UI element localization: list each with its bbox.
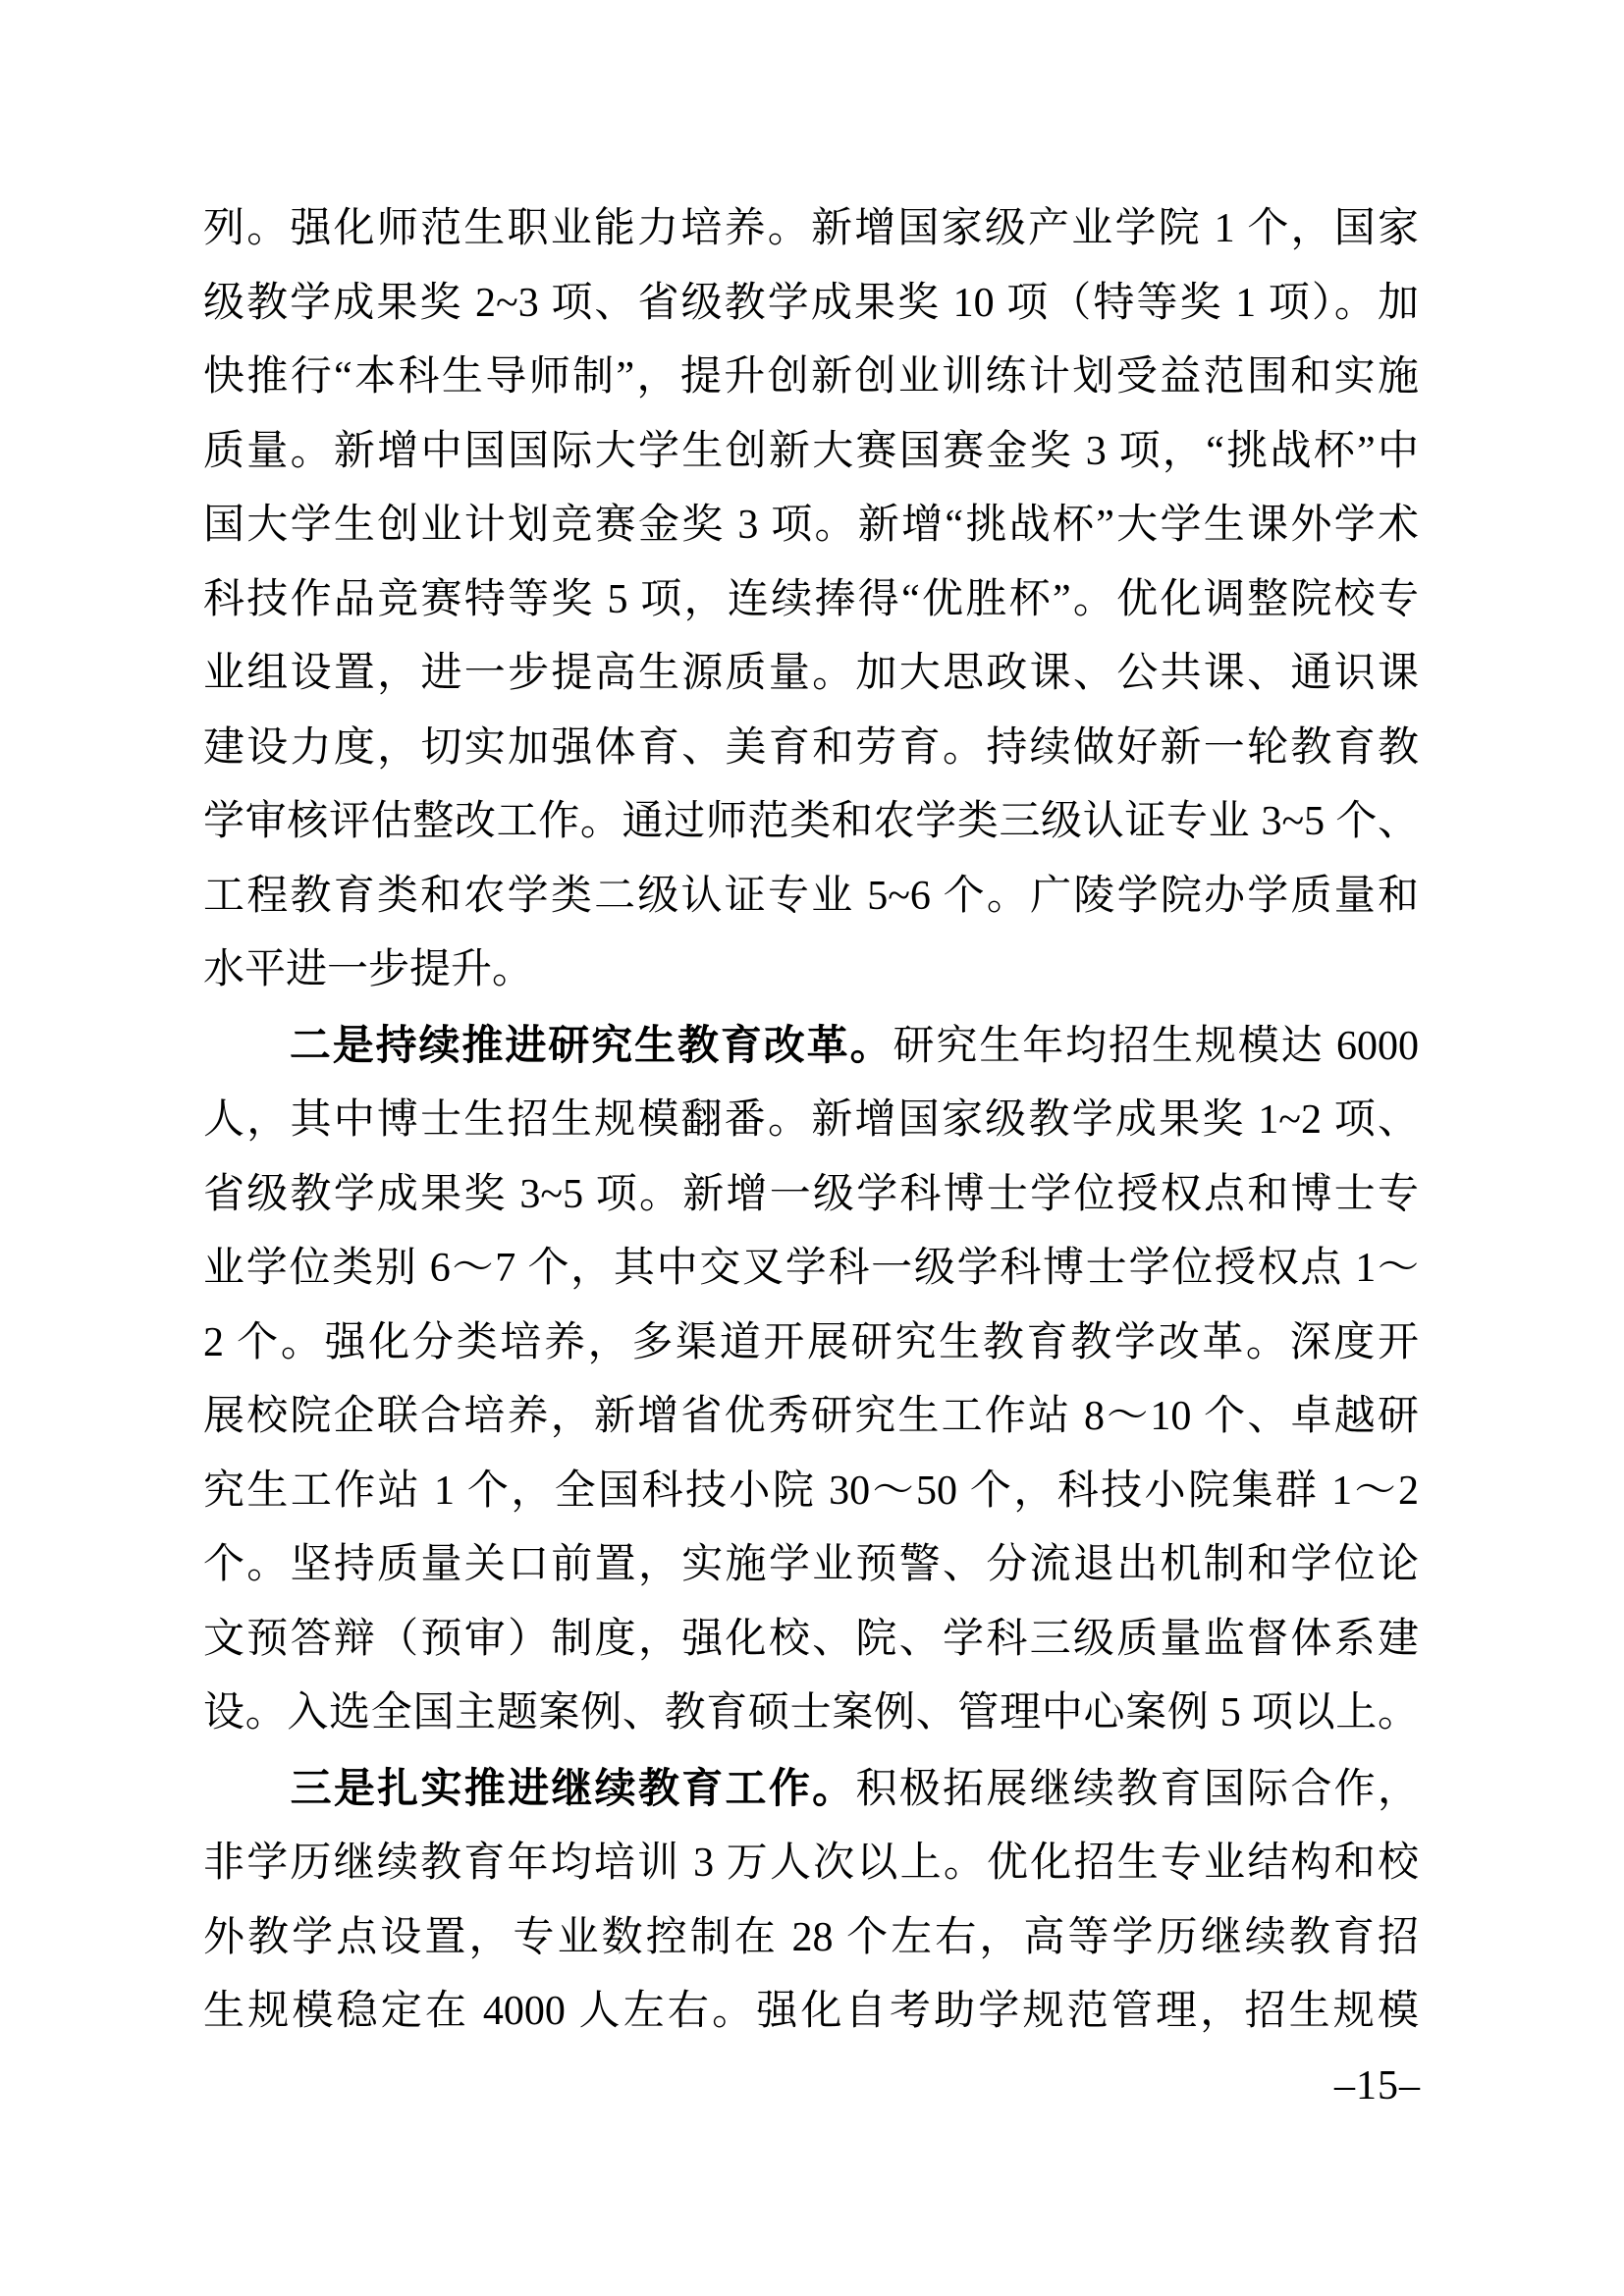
text-line: 文预答辩（预审）制度，强化校、院、学科三级质量监督体系建 bbox=[203, 1603, 1419, 1678]
paragraph-lead-emphasis: 二是持续推进研究生教育改革。 bbox=[290, 1022, 893, 1068]
paragraph-lead-emphasis: 三是扎实推进继续教育工作。 bbox=[291, 1765, 856, 1811]
text-segment: 文预答辩（预审）制度，强化校、院、学科三级质量监督体系建 bbox=[203, 1617, 1419, 1662]
text-line: 展校院企联合培养，新增省优秀研究生工作站 8～10 个、卓越研 bbox=[203, 1380, 1419, 1455]
text-segment: 业学位类别 6～7 个，其中交叉学科一级学科博士学位授权点 1～ bbox=[203, 1246, 1419, 1291]
text-line: 生规模稳定在 4000 人左右。强化自考助学规范管理，招生规模 bbox=[203, 1975, 1419, 2050]
text-line: 业学位类别 6～7 个，其中交叉学科一级学科博士学位授权点 1～ bbox=[203, 1232, 1419, 1307]
text-line: 级教学成果奖 2~3 项、省级教学成果奖 10 项（特等奖 1 项）。加 bbox=[203, 267, 1419, 342]
text-line: 工程教育类和农学类二级认证专业 5~6 个。广陵学院办学质量和 bbox=[203, 860, 1419, 934]
text-line: 省级教学成果奖 3~5 项。新增一级学科博士学位授权点和博士专 bbox=[203, 1158, 1419, 1233]
text-segment: 业组设置，进一步提高生源质量。加大思政课、公共课、通识课 bbox=[203, 651, 1419, 696]
text-segment: 生规模稳定在 4000 人左右。强化自考助学规范管理，招生规模 bbox=[203, 1989, 1419, 2034]
text-segment: 建设力度，切实加强体育、美育和劳育。持续做好新一轮教育教 bbox=[203, 725, 1419, 771]
text-segment: 非学历继续教育年均培训 3 万人次以上。优化招生专业结构和校 bbox=[203, 1841, 1419, 1886]
text-segment: 外教学点设置，专业数控制在 28 个左右，高等学历继续教育招 bbox=[203, 1915, 1419, 1960]
page-number: –15– bbox=[1334, 2063, 1421, 2109]
document-page: 列。强化师范生职业能力培养。新增国家级产业学院 1 个，国家级教学成果奖 2~3… bbox=[0, 0, 1624, 2296]
text-line: 二是持续推进研究生教育改革。研究生年均招生规模达 6000 bbox=[203, 1008, 1419, 1085]
text-line: 国大学生创业计划竞赛金奖 3 项。新增“挑战杯”大学生课外学术 bbox=[203, 489, 1419, 563]
text-segment: 展校院企联合培养，新增省优秀研究生工作站 8～10 个、卓越研 bbox=[203, 1394, 1419, 1439]
text-segment: 科技作品竞赛特等奖 5 项，连续捧得“优胜杯”。优化调整院校专 bbox=[203, 577, 1419, 622]
text-line: 学审核评估整改工作。通过师范类和农学类三级认证专业 3~5 个、 bbox=[203, 785, 1419, 860]
text-segment: 快推行“本科生导师制”，提升创新创业训练计划受益范围和实施 bbox=[203, 354, 1419, 400]
text-segment: 学审核评估整改工作。通过师范类和农学类三级认证专业 3~5 个、 bbox=[203, 799, 1419, 844]
text-line: 三是扎实推进继续教育工作。积极拓展继续教育国际合作， bbox=[203, 1751, 1419, 1828]
text-segment: 设。入选全国主题案例、教育硕士案例、管理中心案例 5 项以上。 bbox=[203, 1690, 1419, 1735]
text-segment: 2 个。强化分类培养，多渠道开展研究生教育教学改革。深度开 bbox=[203, 1320, 1419, 1365]
document-body: 列。强化师范生职业能力培养。新增国家级产业学院 1 个，国家级教学成果奖 2~3… bbox=[203, 192, 1419, 2050]
text-segment: 省级教学成果奖 3~5 项。新增一级学科博士学位授权点和博士专 bbox=[203, 1172, 1419, 1217]
text-line: 设。入选全国主题案例、教育硕士案例、管理中心案例 5 项以上。 bbox=[203, 1677, 1419, 1751]
text-segment: 级教学成果奖 2~3 项、省级教学成果奖 10 项（特等奖 1 项）。加 bbox=[203, 281, 1419, 326]
text-line: 质量。新增中国国际大学生创新大赛国赛金奖 3 项，“挑战杯”中 bbox=[203, 415, 1419, 490]
text-line: 水平进一步提升。 bbox=[203, 934, 1419, 1008]
text-segment: 积极拓展继续教育国际合作， bbox=[855, 1767, 1419, 1812]
text-line: 科技作品竞赛特等奖 5 项，连续捧得“优胜杯”。优化调整院校专 bbox=[203, 563, 1419, 638]
text-line: 建设力度，切实加强体育、美育和劳育。持续做好新一轮教育教 bbox=[203, 712, 1419, 786]
text-segment: 工程教育类和农学类二级认证专业 5~6 个。广陵学院办学质量和 bbox=[203, 874, 1419, 919]
text-segment: 质量。新增中国国际大学生创新大赛国赛金奖 3 项，“挑战杯”中 bbox=[203, 429, 1419, 474]
paragraph-undergraduate-education: 列。强化师范生职业能力培养。新增国家级产业学院 1 个，国家级教学成果奖 2~3… bbox=[203, 192, 1419, 1008]
text-line: 快推行“本科生导师制”，提升创新创业训练计划受益范围和实施 bbox=[203, 341, 1419, 415]
text-segment bbox=[203, 1024, 290, 1069]
text-segment: 个。坚持质量关口前置，实施学业预警、分流退出机制和学位论 bbox=[203, 1542, 1419, 1587]
text-segment: 究生工作站 1 个，全国科技小院 30～50 个，科技小院集群 1～2 bbox=[203, 1468, 1419, 1514]
text-line: 业组设置，进一步提高生源质量。加大思政课、公共课、通识课 bbox=[203, 637, 1419, 712]
text-line: 外教学点设置，专业数控制在 28 个左右，高等学历继续教育招 bbox=[203, 1901, 1419, 1976]
text-line: 2 个。强化分类培养，多渠道开展研究生教育教学改革。深度开 bbox=[203, 1307, 1419, 1381]
text-segment: 人，其中博士生招生规模翻番。新增国家级教学成果奖 1~2 项、 bbox=[203, 1097, 1419, 1143]
text-line: 非学历继续教育年均培训 3 万人次以上。优化招生专业结构和校 bbox=[203, 1827, 1419, 1901]
text-line: 人，其中博士生招生规模翻番。新增国家级教学成果奖 1~2 项、 bbox=[203, 1084, 1419, 1158]
text-segment: 国大学生创业计划竞赛金奖 3 项。新增“挑战杯”大学生课外学术 bbox=[203, 503, 1419, 548]
text-segment bbox=[203, 1767, 291, 1812]
text-line: 究生工作站 1 个，全国科技小院 30～50 个，科技小院集群 1～2 bbox=[203, 1455, 1419, 1529]
text-line: 个。坚持质量关口前置，实施学业预警、分流退出机制和学位论 bbox=[203, 1528, 1419, 1603]
text-line: 列。强化师范生职业能力培养。新增国家级产业学院 1 个，国家 bbox=[203, 192, 1419, 267]
text-segment: 列。强化师范生职业能力培养。新增国家级产业学院 1 个，国家 bbox=[203, 206, 1419, 251]
paragraph-continuing-education: 三是扎实推进继续教育工作。积极拓展继续教育国际合作，非学历继续教育年均培训 3 … bbox=[203, 1751, 1419, 2050]
text-segment: 水平进一步提升。 bbox=[203, 947, 533, 992]
text-segment: 研究生年均招生规模达 6000 bbox=[893, 1024, 1419, 1069]
paragraph-graduate-education-reform: 二是持续推进研究生教育改革。研究生年均招生规模达 6000人，其中博士生招生规模… bbox=[203, 1008, 1419, 1751]
